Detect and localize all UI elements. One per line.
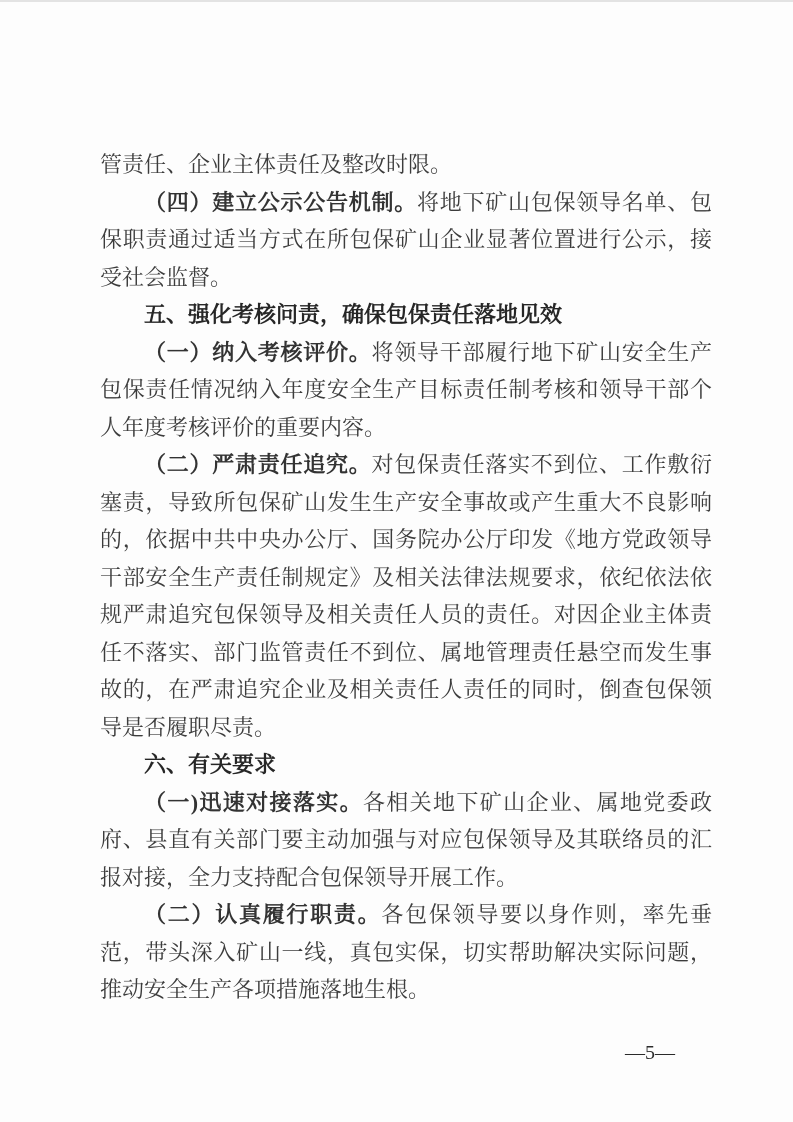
paragraph-lead: （二）认真履行职责。 — [144, 902, 381, 927]
paragraph-item-1: （一）纳入考核评价。将领导干部履行地下矿山安全生产包保责任情况纳入年度安全生产目… — [100, 334, 712, 447]
paragraph-item-4: （四）建立公示公告机制。将地下矿山包保领导名单、包保职责通过适当方式在所包保矿山… — [100, 184, 712, 297]
paragraph-text: 管责任、企业主体责任及整改时限。 — [100, 152, 452, 177]
paragraph-lead: （四）建立公示公告机制。 — [144, 190, 417, 215]
paragraph-item-2b: （二）认真履行职责。各包保领导要以身作则，率先垂范，带头深入矿山一线，真包实保，… — [100, 896, 712, 1009]
paragraph-lead: （二）严肃责任追究。 — [144, 452, 372, 477]
scan-edge-line — [0, 0, 793, 2]
paragraph-lead: （一）纳入考核评价。 — [144, 340, 372, 365]
paragraph-continuation: 管责任、企业主体责任及整改时限。 — [100, 146, 712, 184]
section-heading-5: 五、强化考核问责，确保包保责任落地见效 — [100, 296, 712, 334]
paragraph-item-2: （二）严肃责任追究。对包保责任落实不到位、工作敷衍塞责，导致所包保矿山发生生产安… — [100, 446, 712, 746]
document-page: 管责任、企业主体责任及整改时限。 （四）建立公示公告机制。将地下矿山包保领导名单… — [0, 0, 793, 1122]
document-body: 管责任、企业主体责任及整改时限。 （四）建立公示公告机制。将地下矿山包保领导名单… — [100, 146, 712, 1009]
paragraph-item-1b: （一)迅速对接落实。各相关地下矿山企业、属地党委政府、县直有关部门要主动加强与对… — [100, 784, 712, 897]
paragraph-lead: （一)迅速对接落实。 — [144, 790, 363, 815]
page-number: —5— — [625, 1041, 675, 1065]
section-heading-6: 六、有关要求 — [100, 746, 712, 784]
paragraph-text: 对包保责任落实不到位、工作敷衍塞责，导致所包保矿山发生生产安全事故或产生重大不良… — [100, 452, 712, 740]
